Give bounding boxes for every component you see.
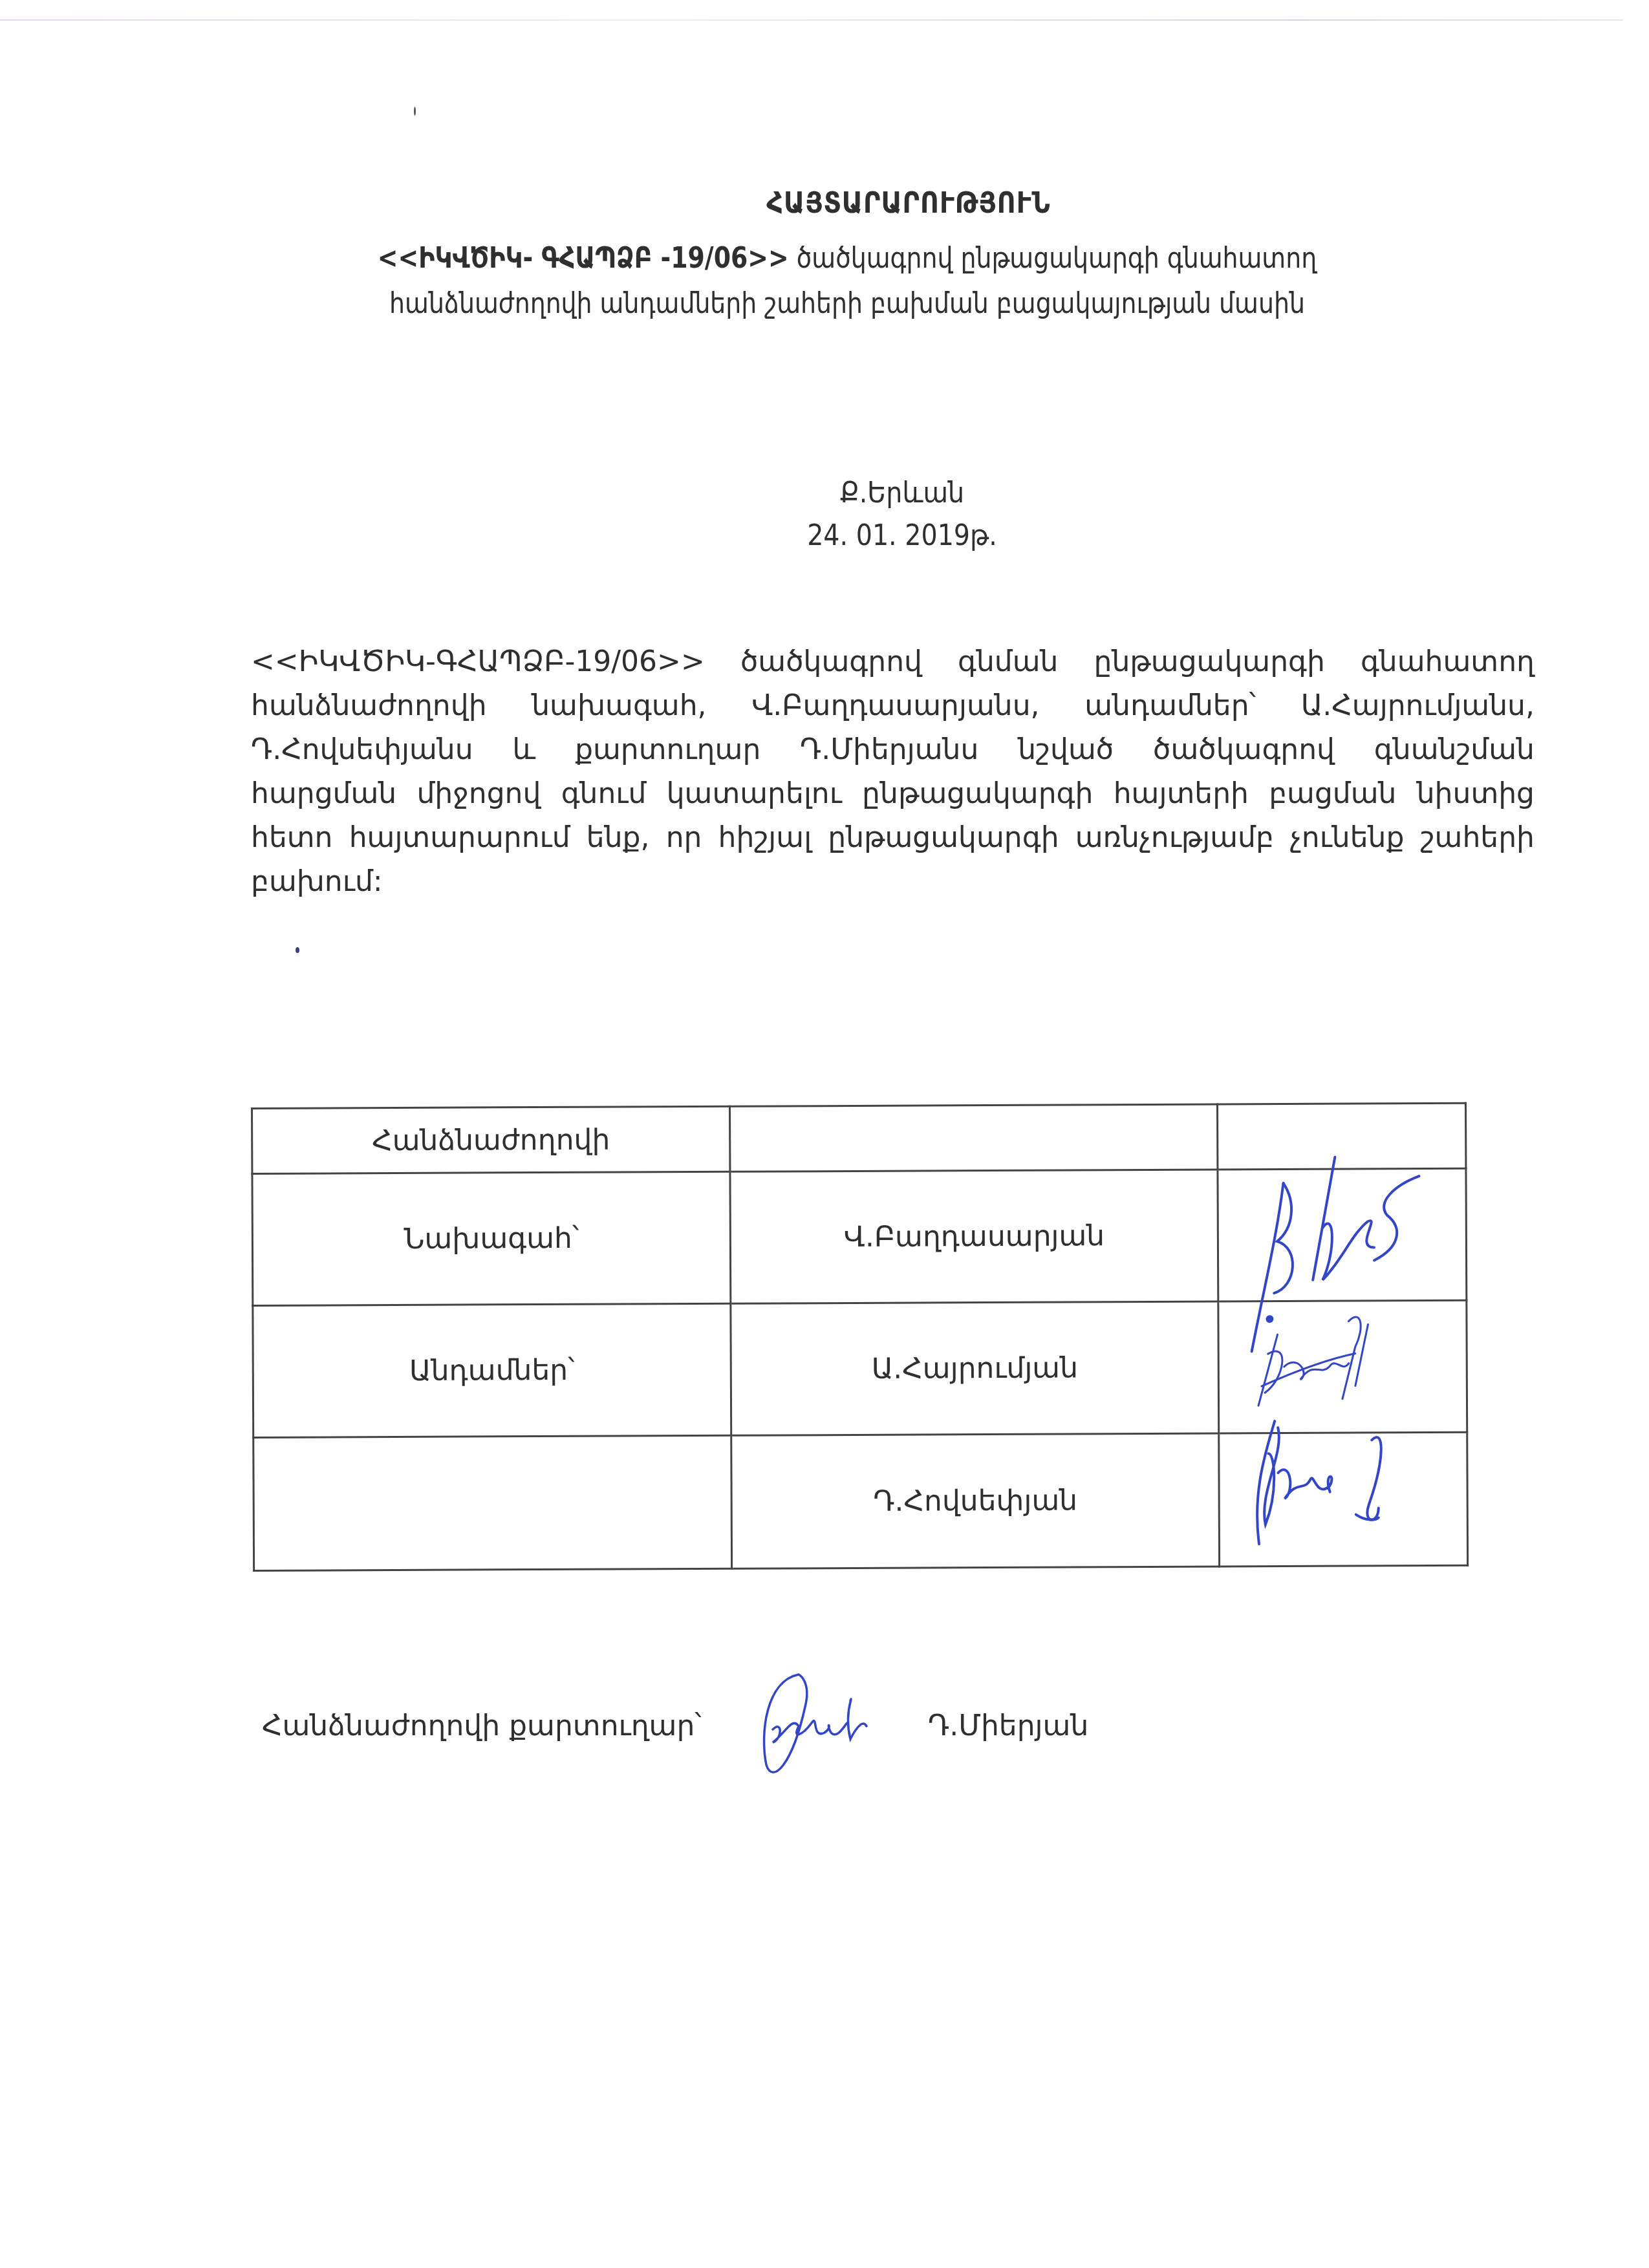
subtitle-line-2: հանձնաժողովի անդամների շահերի բախման բաց… [158,281,1537,326]
name-cell [729,1104,1218,1171]
signature-secretary-icon [753,1668,928,1784]
name-cell: Ա.Հայրումյան [731,1301,1219,1435]
document-subtitle: <<ԻԿՎԾԻԿ- ԳՀԱՊՁԲ -19/06>> ծածկագրով ընթա… [158,236,1537,326]
name-cell: Վ.Բաղդասարյան [730,1170,1218,1303]
body-line: Դ.Հովսեփյանս և քարտուղար Դ.Միերյանս նշվա… [251,728,1535,772]
signature-cell [1218,1300,1467,1433]
table-row: Նախագահ՝ Վ.Բաղդասարյան [252,1168,1467,1305]
body-line: հարցման միջոցով գնում կատարելու ընթացակա… [251,772,1535,816]
body-line: բախում: [251,860,1535,904]
signature-member-2-icon [1239,1414,1408,1557]
place-date-block: Ք.Երևան 24. 01. 2019թ. [160,472,1644,557]
role-cell: Հանձնաժողովի [252,1106,730,1173]
secretary-role: Հանձնաժողովի քարտուղար՝ [262,1694,702,1759]
committee-signature-table: Հանձնաժողովի Նախագահ՝ Վ.Բաղդասարյան Անդա… [251,1102,1469,1572]
role-cell: Նախագահ՝ [252,1171,731,1305]
document-title: ՀԱՅՏԱՐԱՐՈՒԹՅՈՒՆ [168,184,1649,223]
body-line: հետո հայտարարում ենք, որ հիշյալ ընթացակա… [251,816,1535,860]
secretary-name: Դ.Միերյան [928,1694,1088,1759]
scan-speck [414,107,416,116]
table-row: Դ.Հովսեփյան [253,1432,1468,1570]
procurement-code: <<ԻԿՎԾԻԿ- ԳՀԱՊՁԲ -19/06>> [378,242,789,275]
signature-cell [1218,1168,1467,1301]
scan-speck [296,947,299,953]
signature-cell [1219,1432,1468,1567]
document-header: ՀԱՅՏԱՐԱՐՈՒԹՅՈՒՆ <<ԻԿՎԾԻԿ- ԳՀԱՊՁԲ -19/06>… [0,184,1649,326]
date: 24. 01. 2019թ. [160,515,1644,557]
body-line: <<ԻԿՎԾԻԿ-ԳՀԱՊՁԲ-19/06>> ծածկագրով գնման … [251,640,1535,684]
scan-edge-artifact [0,19,1623,21]
role-cell: Անդամներ՝ [253,1303,731,1437]
place: Ք.Երևան [160,472,1644,515]
subtitle-line-1-text: ծածկագրով ընթացակարգի գնահատող [789,242,1317,275]
declaration-body: <<ԻԿՎԾԻԿ-ԳՀԱՊՁԲ-19/06>> ծածկագրով գնման … [251,640,1535,904]
body-line: հանձնաժողովի նախագահ, Վ.Բաղդասարյանս, ան… [251,684,1535,728]
secretary-signature-line: Հանձնաժողովի քարտուղար՝ Դ.Միերյան [262,1694,1167,1759]
role-cell [253,1435,732,1570]
subtitle-line-1: <<ԻԿՎԾԻԿ- ԳՀԱՊՁԲ -19/06>> ծածկագրով ընթա… [158,236,1537,281]
name-cell: Դ.Հովսեփյան [731,1433,1220,1568]
signature-member-1-icon [1239,1308,1408,1412]
